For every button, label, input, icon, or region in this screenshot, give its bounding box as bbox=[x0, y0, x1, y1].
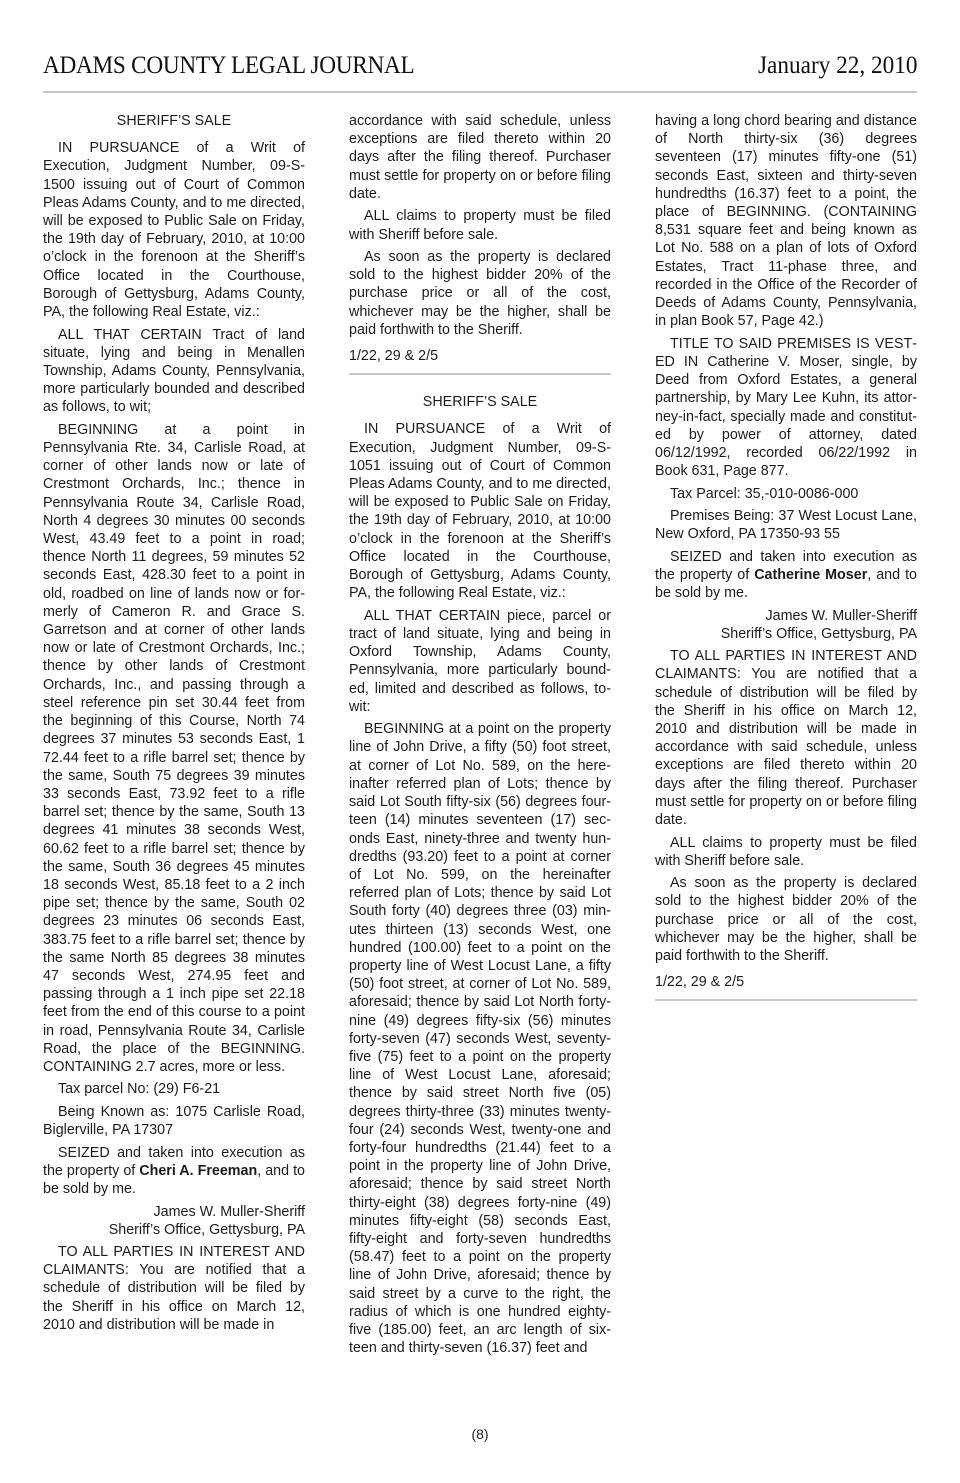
notice-1-pursuance: IN PURSUANCE of a Writ of Execution, Jud… bbox=[43, 139, 305, 321]
notice-end-divider bbox=[655, 999, 917, 1001]
notice-2-as-soon: As soon as the property is declared sold… bbox=[655, 874, 917, 965]
notice-2-beginning: BEGINNING at a point on the property lin… bbox=[349, 720, 611, 1357]
issue-date: January 22, 2010 bbox=[758, 52, 917, 80]
notice-1-all-claims: ALL claims to property must be filed wit… bbox=[349, 207, 611, 243]
owner-name: Catherine Moser bbox=[754, 567, 867, 583]
notice-2-sheriff-name: James W. Muller-Sheriff bbox=[655, 607, 917, 625]
notice-2-beginning-cont: having a long chord bearing and dis­tanc… bbox=[655, 112, 917, 330]
notice-2-heading: SHERIFF’S SALE bbox=[349, 393, 611, 411]
notice-2-all-claims: ALL claims to property must be filed wit… bbox=[655, 834, 917, 870]
notice-1-tax-parcel: Tax parcel No: (29) F6-21 bbox=[43, 1080, 305, 1098]
notice-1-being-known: Being Known as: 1075 Carlisle Road, Bigl… bbox=[43, 1103, 305, 1139]
notice-1-to-all-parties-cont: accordance with said schedule, unless ex… bbox=[349, 112, 611, 203]
page-number: (8) bbox=[0, 1426, 960, 1442]
notice-divider bbox=[349, 373, 611, 375]
notice-2-to-all-parties: TO ALL PARTIES IN INTEREST AND CLAIMANTS… bbox=[655, 647, 917, 829]
header-divider bbox=[43, 91, 917, 93]
notice-1-sheriff-office: Sheriff’s Office, Gettysburg, PA bbox=[43, 1221, 305, 1239]
page-header: ADAMS COUNTY LEGAL JOURNAL January 22, 2… bbox=[43, 50, 917, 90]
notice-2-title-vested: TITLE TO SAID PREMISES IS VEST­ED IN Cat… bbox=[655, 335, 917, 481]
column-1: SHERIFF’S SALE IN PURSUANCE of a Writ of… bbox=[43, 112, 305, 1338]
notice-1-sheriff-name: James W. Muller-Sheriff bbox=[43, 1203, 305, 1221]
publication-title: ADAMS COUNTY LEGAL JOURNAL bbox=[43, 52, 414, 80]
notice-1-run-dates: 1/22, 29 & 2/5 bbox=[349, 347, 611, 365]
notice-2-seized: SEIZED and taken into execution as the p… bbox=[655, 548, 917, 603]
notice-2-run-dates: 1/22, 29 & 2/5 bbox=[655, 973, 917, 991]
notice-1-to-all-parties: TO ALL PARTIES IN INTEREST AND CLAIMANTS… bbox=[43, 1243, 305, 1334]
notice-2-premises: Premises Being: 37 West Locust Lane, New… bbox=[655, 507, 917, 543]
notice-2-all-that-certain: ALL THAT CERTAIN piece, parcel or tract … bbox=[349, 607, 611, 716]
notice-1-all-that-certain: ALL THAT CERTAIN Tract of land situate, … bbox=[43, 326, 305, 417]
notice-1-beginning: BEGINNING at a point in Pennsylvania Rte… bbox=[43, 421, 305, 1076]
column-3: having a long chord bearing and dis­tanc… bbox=[655, 112, 917, 1019]
notice-2-pursuance: IN PURSUANCE of a Writ of Execution, Jud… bbox=[349, 420, 611, 602]
notice-2-tax-parcel: Tax Parcel: 35,-010-0086-000 bbox=[655, 485, 917, 503]
column-2: accordance with said schedule, unless ex… bbox=[349, 112, 611, 1362]
notice-1-as-soon: As soon as the property is declared sold… bbox=[349, 248, 611, 339]
notice-1-heading: SHERIFF’S SALE bbox=[43, 112, 305, 130]
notice-2-sheriff-office: Sheriff’s Office, Gettysburg, PA bbox=[655, 625, 917, 643]
notice-1-seized: SEIZED and taken into execution as the p… bbox=[43, 1144, 305, 1199]
owner-name: Cheri A. Freeman bbox=[139, 1163, 257, 1179]
